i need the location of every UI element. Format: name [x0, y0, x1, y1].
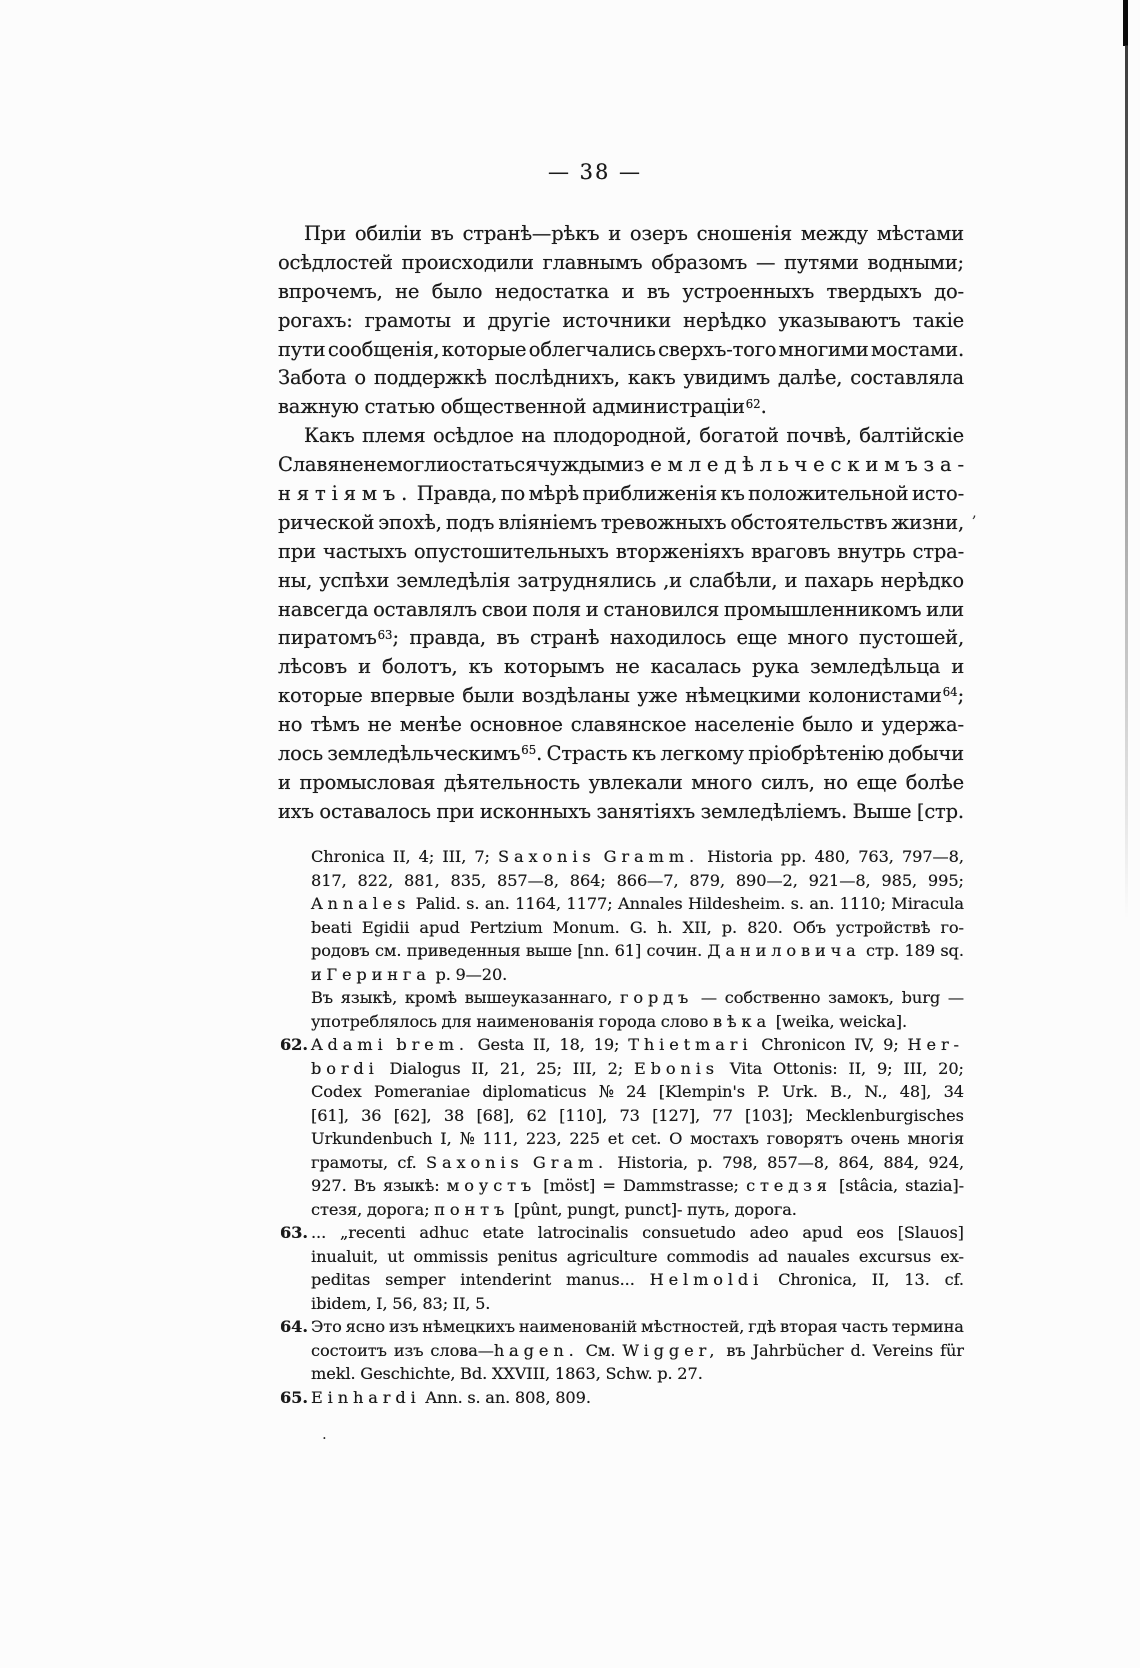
word: населеніе — [694, 711, 794, 740]
word: 77 — [712, 1104, 732, 1128]
text-chunk: находилось — [610, 626, 726, 649]
text-line: 817,822,881,835,857—8,864;866—7,879,890—… — [311, 869, 964, 893]
text-chunk: punct]- — [624, 1200, 682, 1219]
text-chunk: Это — [311, 1317, 342, 1336]
word: исто- — [912, 480, 964, 509]
word: 820. — [747, 916, 783, 940]
text-chunk: 884, — [883, 1153, 919, 1172]
word: При — [304, 220, 346, 249]
word: наименованія — [476, 1010, 594, 1034]
text-chunk: 7; — [474, 847, 490, 866]
text-chunk: говорятъ — [767, 1129, 843, 1148]
word: [61], — [311, 1104, 349, 1128]
word: до- — [934, 278, 964, 307]
text-chunk: пути — [278, 338, 325, 361]
footnote: 62.Adamibrem.GestaII,18,19;ThietmariChro… — [311, 1033, 964, 1221]
text-chunk: вторженіяхъ — [616, 540, 744, 563]
text-chunk: вторая — [780, 1317, 837, 1336]
text-chunk: успѣхи — [319, 569, 389, 592]
word: [Klempin's — [659, 1080, 745, 1104]
word: балтійскіе — [859, 422, 964, 451]
text-chunk: Mecklenburgisches — [806, 1106, 964, 1125]
word: weicka]. — [839, 1010, 907, 1034]
word: администраціи62. — [592, 393, 767, 424]
text-chunk: XII, — [683, 918, 712, 937]
word: Ottonis: — [773, 1057, 838, 1081]
text-chunk: G. — [630, 918, 647, 937]
text-chunk: — — [948, 988, 964, 1007]
text-chunk: очень — [851, 1129, 900, 1148]
text-chunk: увлекали — [589, 771, 683, 794]
text-chunk: 864; — [570, 871, 606, 890]
text-chunk: остаться — [449, 453, 537, 476]
text-chunk: языкѣ: — [383, 1176, 440, 1195]
word: 857—8, — [497, 869, 559, 893]
text-chunk: въ — [647, 280, 670, 303]
word: много — [788, 624, 849, 653]
word: въ — [726, 1339, 745, 1363]
text-chunk: nauales — [787, 1247, 850, 1266]
text-chunk: удержа- — [882, 713, 964, 736]
word: 18, — [559, 1033, 584, 1057]
word: [pûnt, — [514, 1198, 563, 1222]
word: родовъ — [311, 939, 370, 963]
text-chunk: 223, — [526, 1129, 562, 1148]
word: Vita — [730, 1057, 762, 1081]
text-chunk: 798, — [722, 1153, 758, 1172]
text-chunk: Hildesheim. — [688, 894, 785, 913]
text-chunk: въ — [496, 626, 519, 649]
text-chunk: an. — [809, 894, 834, 913]
text-chunk: [stâcia, — [839, 1176, 898, 1195]
word: [68], — [476, 1104, 514, 1128]
word: manus... — [566, 1268, 635, 1292]
text-chunk: 83; — [422, 1294, 448, 1313]
word: часть — [841, 1315, 888, 1339]
text-chunk: III, — [442, 847, 466, 866]
text-chunk: 111, — [482, 1129, 518, 1148]
text-chunk: жизни, — [891, 511, 964, 534]
text-chunk: Geschichte, — [360, 1364, 455, 1383]
text-chunk: s. — [466, 894, 479, 913]
text-chunk: стр. — [866, 941, 899, 960]
word: mekl. — [311, 1362, 356, 1386]
word: между — [801, 220, 868, 249]
word: гордъ — [620, 986, 693, 1010]
word: общественной — [441, 393, 587, 422]
word: Gesta — [478, 1033, 524, 1057]
text-line: Adamibrem.GestaII,18,19;ThietmariChronic… — [311, 1033, 964, 1057]
text-chunk: увидимъ — [683, 366, 770, 389]
word: Gram. — [533, 1151, 608, 1175]
text-chunk: но — [278, 713, 302, 736]
text-chunk: силъ, — [761, 771, 815, 794]
word: Geschichte, — [360, 1362, 455, 1386]
word: Monum. — [553, 916, 620, 940]
word: Her- — [908, 1033, 964, 1057]
text-chunk: колонистами — [808, 684, 941, 707]
text-chunk: или — [926, 598, 964, 621]
word: h. — [657, 916, 672, 940]
scan-speck: , — [972, 503, 977, 521]
text-chunk: пріобрѣтенію — [748, 742, 884, 765]
text-chunk: 9; — [883, 1035, 899, 1054]
text-chunk: къ — [469, 655, 493, 678]
word: Adami — [311, 1033, 388, 1057]
word: другіе — [488, 307, 551, 336]
word: болѣе — [906, 769, 964, 798]
text-chunk: главнымъ — [543, 251, 643, 274]
text-chunk: etate — [483, 1223, 524, 1242]
text-chunk: мостами. — [871, 338, 964, 361]
word: о — [354, 364, 366, 393]
word: bordi — [311, 1057, 379, 1081]
text-chunk: не — [368, 713, 392, 736]
word: пиратомъ63; — [278, 624, 399, 655]
word: 797—8, — [902, 845, 964, 869]
text-chunk: III, — [903, 1059, 927, 1078]
text-chunk: 921—8, — [809, 871, 871, 890]
text-chunk: 995; — [928, 871, 964, 890]
word: путь, — [687, 1198, 730, 1222]
text-chunk: свои — [482, 598, 528, 621]
word: 48], — [900, 1080, 932, 1104]
word: 1110; — [840, 892, 886, 916]
text-chunk: еще — [856, 771, 897, 794]
text-chunk: лось — [278, 742, 323, 765]
word: ommissis — [413, 1245, 488, 1269]
text-chunk: кромѣ — [405, 988, 457, 1007]
text-chunk: и — [622, 280, 635, 303]
word: тревожныхъ — [601, 509, 726, 538]
word: гдѣ — [748, 1315, 776, 1339]
text-chunk: славянское — [571, 713, 687, 736]
text-chunk: Gramm. — [604, 847, 699, 866]
text-chunk: земледѣлія — [396, 569, 510, 592]
text-chunk: по — [501, 482, 525, 505]
text-chunk: почвѣ, — [786, 424, 851, 447]
text-chunk: далѣе, — [778, 366, 842, 389]
text-chunk: обиліи — [355, 222, 422, 245]
word: источники — [562, 307, 671, 336]
text-chunk: Забота — [278, 366, 346, 389]
text-chunk: подъ — [446, 511, 494, 534]
text-chunk: озеръ — [630, 222, 688, 245]
text-chunk: 822, — [358, 871, 394, 890]
text-chunk: которымъ — [504, 655, 604, 678]
word: cf. — [397, 1151, 416, 1175]
word: далѣе, — [778, 364, 842, 393]
word: легкому — [660, 740, 743, 769]
text-chunk: при — [278, 540, 316, 563]
word: punct]- — [624, 1198, 682, 1222]
word: Ann. — [425, 1386, 462, 1410]
text-chunk: = — [602, 1176, 615, 1195]
word: 921—8, — [809, 869, 871, 893]
text-chunk: s. — [467, 1388, 480, 1407]
text-chunk: 1164, — [515, 894, 561, 913]
word: промысловая — [299, 769, 435, 798]
word: слабѣли, — [689, 567, 777, 596]
word: Даниловича — [707, 939, 860, 963]
text-chunk: 4; — [419, 847, 435, 866]
word: — — [948, 986, 964, 1010]
text-chunk: болотъ, — [382, 655, 458, 678]
word: III, — [903, 1057, 927, 1081]
text-chunk: земледѣліемъ. — [701, 800, 847, 823]
text-chunk: мостахъ — [690, 1129, 759, 1148]
word: II, — [393, 845, 411, 869]
word: говорятъ — [767, 1127, 843, 1151]
text-chunk: 881, — [404, 871, 440, 890]
text-chunk: 864, — [838, 1153, 874, 1172]
text-chunk: нятіямъ. — [278, 482, 413, 505]
text-chunk: дорога; — [367, 1200, 430, 1219]
word: 881, — [404, 869, 440, 893]
text-chunk: многими — [779, 338, 869, 361]
text-chunk: 857—8, — [767, 1153, 829, 1172]
word: 24 — [626, 1080, 646, 1104]
text-chunk: [möst] — [543, 1176, 595, 1195]
text-chunk: 9—20. — [455, 965, 507, 984]
text-chunk: населеніе — [694, 713, 794, 736]
text-chunk: Ottonis: — [773, 1059, 838, 1078]
word: pp. — [781, 845, 807, 869]
word: слова—hagen. — [430, 1339, 578, 1363]
text-chunk: гордъ — [620, 988, 693, 1007]
word: нѣмецкихъ — [422, 1315, 515, 1339]
word: Egidii — [362, 916, 409, 940]
text-chunk: 189 — [904, 941, 935, 960]
word: [nn. — [577, 939, 609, 963]
text-chunk: и — [784, 569, 797, 592]
text-line: Въязыкѣ,кромѣвышеуказаннаго,гордъ—собств… — [311, 986, 964, 1010]
text-chunk: bordi — [311, 1059, 379, 1078]
text-chunk: приближенія — [583, 482, 717, 505]
text-chunk: mekl. — [311, 1364, 356, 1383]
word: увидимъ — [683, 364, 770, 393]
word: слово — [661, 1010, 708, 1034]
text-chunk: Даниловича — [707, 941, 860, 960]
text-chunk: ad — [758, 1247, 778, 1266]
text-chunk: администраціи — [592, 395, 745, 418]
text-chunk: Annales — [311, 894, 410, 913]
word: II, — [471, 1057, 489, 1081]
text-chunk: которые — [278, 684, 363, 707]
text-chunk: Saxonis — [498, 847, 596, 866]
text-line: UrkundenbuchI,№111,223,225etcet.Омостахъ… — [311, 1127, 964, 1151]
word: земледѣльческимъ — [634, 451, 924, 480]
text-chunk: много — [691, 771, 752, 794]
text-chunk: лѣсовъ — [278, 655, 347, 678]
text-chunk: термина — [892, 1317, 964, 1336]
text-chunk: но — [823, 771, 847, 794]
word: 927. — [311, 1174, 347, 1198]
text-chunk: Jahrbücher — [753, 1341, 844, 1360]
word: го- — [940, 916, 963, 940]
word: p. — [722, 916, 737, 940]
text-chunk: 13. — [904, 1270, 929, 1289]
text-line: Приобиліивъстранѣ—рѣкъиозеръсношеніямежд… — [278, 220, 964, 249]
word: языкѣ: — [383, 1174, 440, 1198]
text-chunk: III, — [573, 1059, 597, 1078]
footnote: 65.EinhardiAnn.s.an.808,809. — [311, 1386, 964, 1410]
text-chunk: статью — [364, 395, 435, 418]
word: 1863, — [555, 1362, 601, 1386]
word: [стр. — [917, 798, 964, 827]
text-chunk: могли — [388, 453, 450, 476]
text-chunk: воздѣланы — [522, 684, 630, 707]
word: 36 — [361, 1104, 381, 1128]
text-line: родовъсм.приведенныявыше[nn.61]сочин.Дан… — [311, 939, 964, 963]
word: sq. — [940, 939, 964, 963]
text-line: рическойэпохѣ,подъвліяніемътревожныхъобс… — [278, 509, 964, 538]
text-line: ихъоставалосьприисконныхъзанятіяхъземлед… — [278, 798, 964, 827]
word: сношенія — [697, 220, 792, 249]
text-chunk: гдѣ — [748, 1317, 776, 1336]
word: intenderint — [460, 1268, 551, 1292]
word: — — [701, 986, 717, 1010]
text-chunk: сверхъ-того — [658, 338, 776, 361]
word: Miracula — [891, 892, 964, 916]
word: частыхъ — [323, 538, 407, 567]
word: pungt, — [567, 1198, 620, 1222]
text-chunk: дѣятельность — [444, 771, 580, 794]
word: важную — [278, 393, 359, 422]
text-chunk: 27. — [677, 1364, 702, 1383]
text-chunk: поддержкѣ — [374, 366, 487, 389]
text-chunk: cet. — [631, 1129, 661, 1148]
word: пахарь — [804, 567, 873, 596]
word: — — [756, 249, 775, 278]
text-chunk: происходили — [402, 251, 534, 274]
text-chunk: cf. — [945, 1270, 964, 1289]
text-chunk: II, — [393, 847, 411, 866]
text-chunk: 38 — [444, 1106, 464, 1125]
text-chunk: Palid. — [416, 894, 461, 913]
word: 189 — [904, 939, 935, 963]
text-chunk: земледѣльческимъ — [634, 453, 924, 476]
text-chunk: 77 — [712, 1106, 732, 1125]
text-chunk: B., — [830, 1082, 852, 1101]
text-chunk: 817, — [311, 871, 347, 890]
text-chunk: 809. — [555, 1388, 591, 1407]
footnote: ChronicaII,4;III,7;SaxonisGramm.Historia… — [311, 845, 964, 1033]
word: 9—20. — [455, 963, 507, 987]
word: Славяне — [278, 451, 363, 480]
text-chunk: p. — [657, 1364, 672, 1383]
word: но — [278, 711, 302, 740]
text-chunk: къ — [632, 742, 656, 765]
text-chunk: не — [615, 655, 639, 678]
word: стезя, — [311, 1198, 362, 1222]
word: осѣдлостей — [278, 249, 393, 278]
text-line: употреблялосьдлянаименованіягородасловов… — [311, 1010, 964, 1034]
text-chunk: приведенныя — [407, 941, 521, 960]
word: нятіямъ. — [278, 480, 413, 509]
text-chunk: Miracula — [891, 894, 964, 913]
text-line: важнуюстатьюобщественнойадминистраціи62. — [278, 393, 964, 422]
word: 5. — [475, 1292, 490, 1316]
text-chunk: II, — [533, 1035, 551, 1054]
word: 9; — [883, 1033, 899, 1057]
word: и — [586, 596, 599, 625]
text-chunk: вліяніемъ — [498, 511, 596, 534]
word: нерѣдко — [881, 567, 964, 596]
word: Pertzium — [470, 916, 543, 940]
word: Dammstrasse; — [623, 1174, 739, 1198]
text-chunk: excursus — [859, 1247, 931, 1266]
word: земледѣльческимъ65. — [327, 740, 542, 771]
text-chunk: нѣмецкими — [685, 684, 801, 707]
text-chunk: Annales — [618, 894, 683, 913]
word: замокъ, — [828, 986, 894, 1010]
word: 879, — [689, 869, 725, 893]
word: Urkundenbuch — [311, 1127, 433, 1151]
word: странѣ—рѣкъ — [463, 220, 600, 249]
text-chunk: adhuc — [419, 1223, 468, 1242]
text-chunk: Какъ — [304, 424, 355, 447]
text-chunk: рука — [752, 655, 799, 678]
word: промышленникомъ — [724, 596, 921, 625]
text-chunk: 866—7, — [617, 871, 679, 890]
text-chunk: . — [761, 395, 767, 418]
word: Urk. — [782, 1080, 818, 1104]
text-chunk: такіе — [913, 309, 964, 332]
word: пустошей, — [859, 624, 964, 653]
word: 480, — [814, 845, 850, 869]
word: устройствѣ — [836, 916, 930, 940]
text-chunk: было — [432, 280, 483, 303]
word: s. — [466, 892, 479, 916]
text-chunk: го- — [940, 918, 963, 937]
text-line: грамоты,cf.SaxonisGram.Historia,p.798,85… — [311, 1151, 964, 1175]
text-chunk: и — [278, 771, 291, 794]
word: latrocinalis — [538, 1221, 629, 1245]
word: peditas — [311, 1268, 370, 1292]
text-chunk: оставалось — [319, 800, 430, 823]
word: an. — [485, 1386, 510, 1410]
word: apud — [419, 916, 459, 940]
text-chunk: земледѣльческимъ — [327, 742, 520, 765]
word: понтъ — [434, 1198, 509, 1222]
text-chunk: II, — [453, 1294, 471, 1313]
word: впервые — [370, 682, 455, 711]
text-chunk: города — [599, 1012, 656, 1031]
text-line: [61],36[62],38[68],62[110],73[127],77[10… — [311, 1104, 964, 1128]
text-chunk: промышленникомъ — [724, 598, 921, 621]
word: рогахъ: — [278, 307, 353, 336]
text-chunk: Urkundenbuch — [311, 1129, 433, 1148]
word: при — [278, 538, 316, 567]
word: 34 — [944, 1080, 964, 1104]
text-chunk: Правда, — [417, 482, 498, 505]
word: лѣсовъ — [278, 653, 347, 682]
footnote-ref: 62 — [745, 397, 761, 411]
text-chunk: источники — [562, 309, 671, 332]
word: дорога; — [367, 1198, 430, 1222]
word: Какъ — [304, 422, 355, 451]
text-chunk: слово — [661, 1012, 708, 1031]
text-chunk: Dialogus — [390, 1059, 461, 1078]
text-line: которыевпервыебыливоздѣланыуженѣмецкимик… — [278, 682, 964, 711]
word: 61] — [615, 939, 642, 963]
scan-edge-artifact — [1125, 0, 1128, 920]
word: Annales — [311, 892, 410, 916]
text-chunk: 48], — [900, 1082, 932, 1101]
text-chunk: 21, — [500, 1059, 525, 1078]
text-chunk: für — [940, 1341, 964, 1360]
